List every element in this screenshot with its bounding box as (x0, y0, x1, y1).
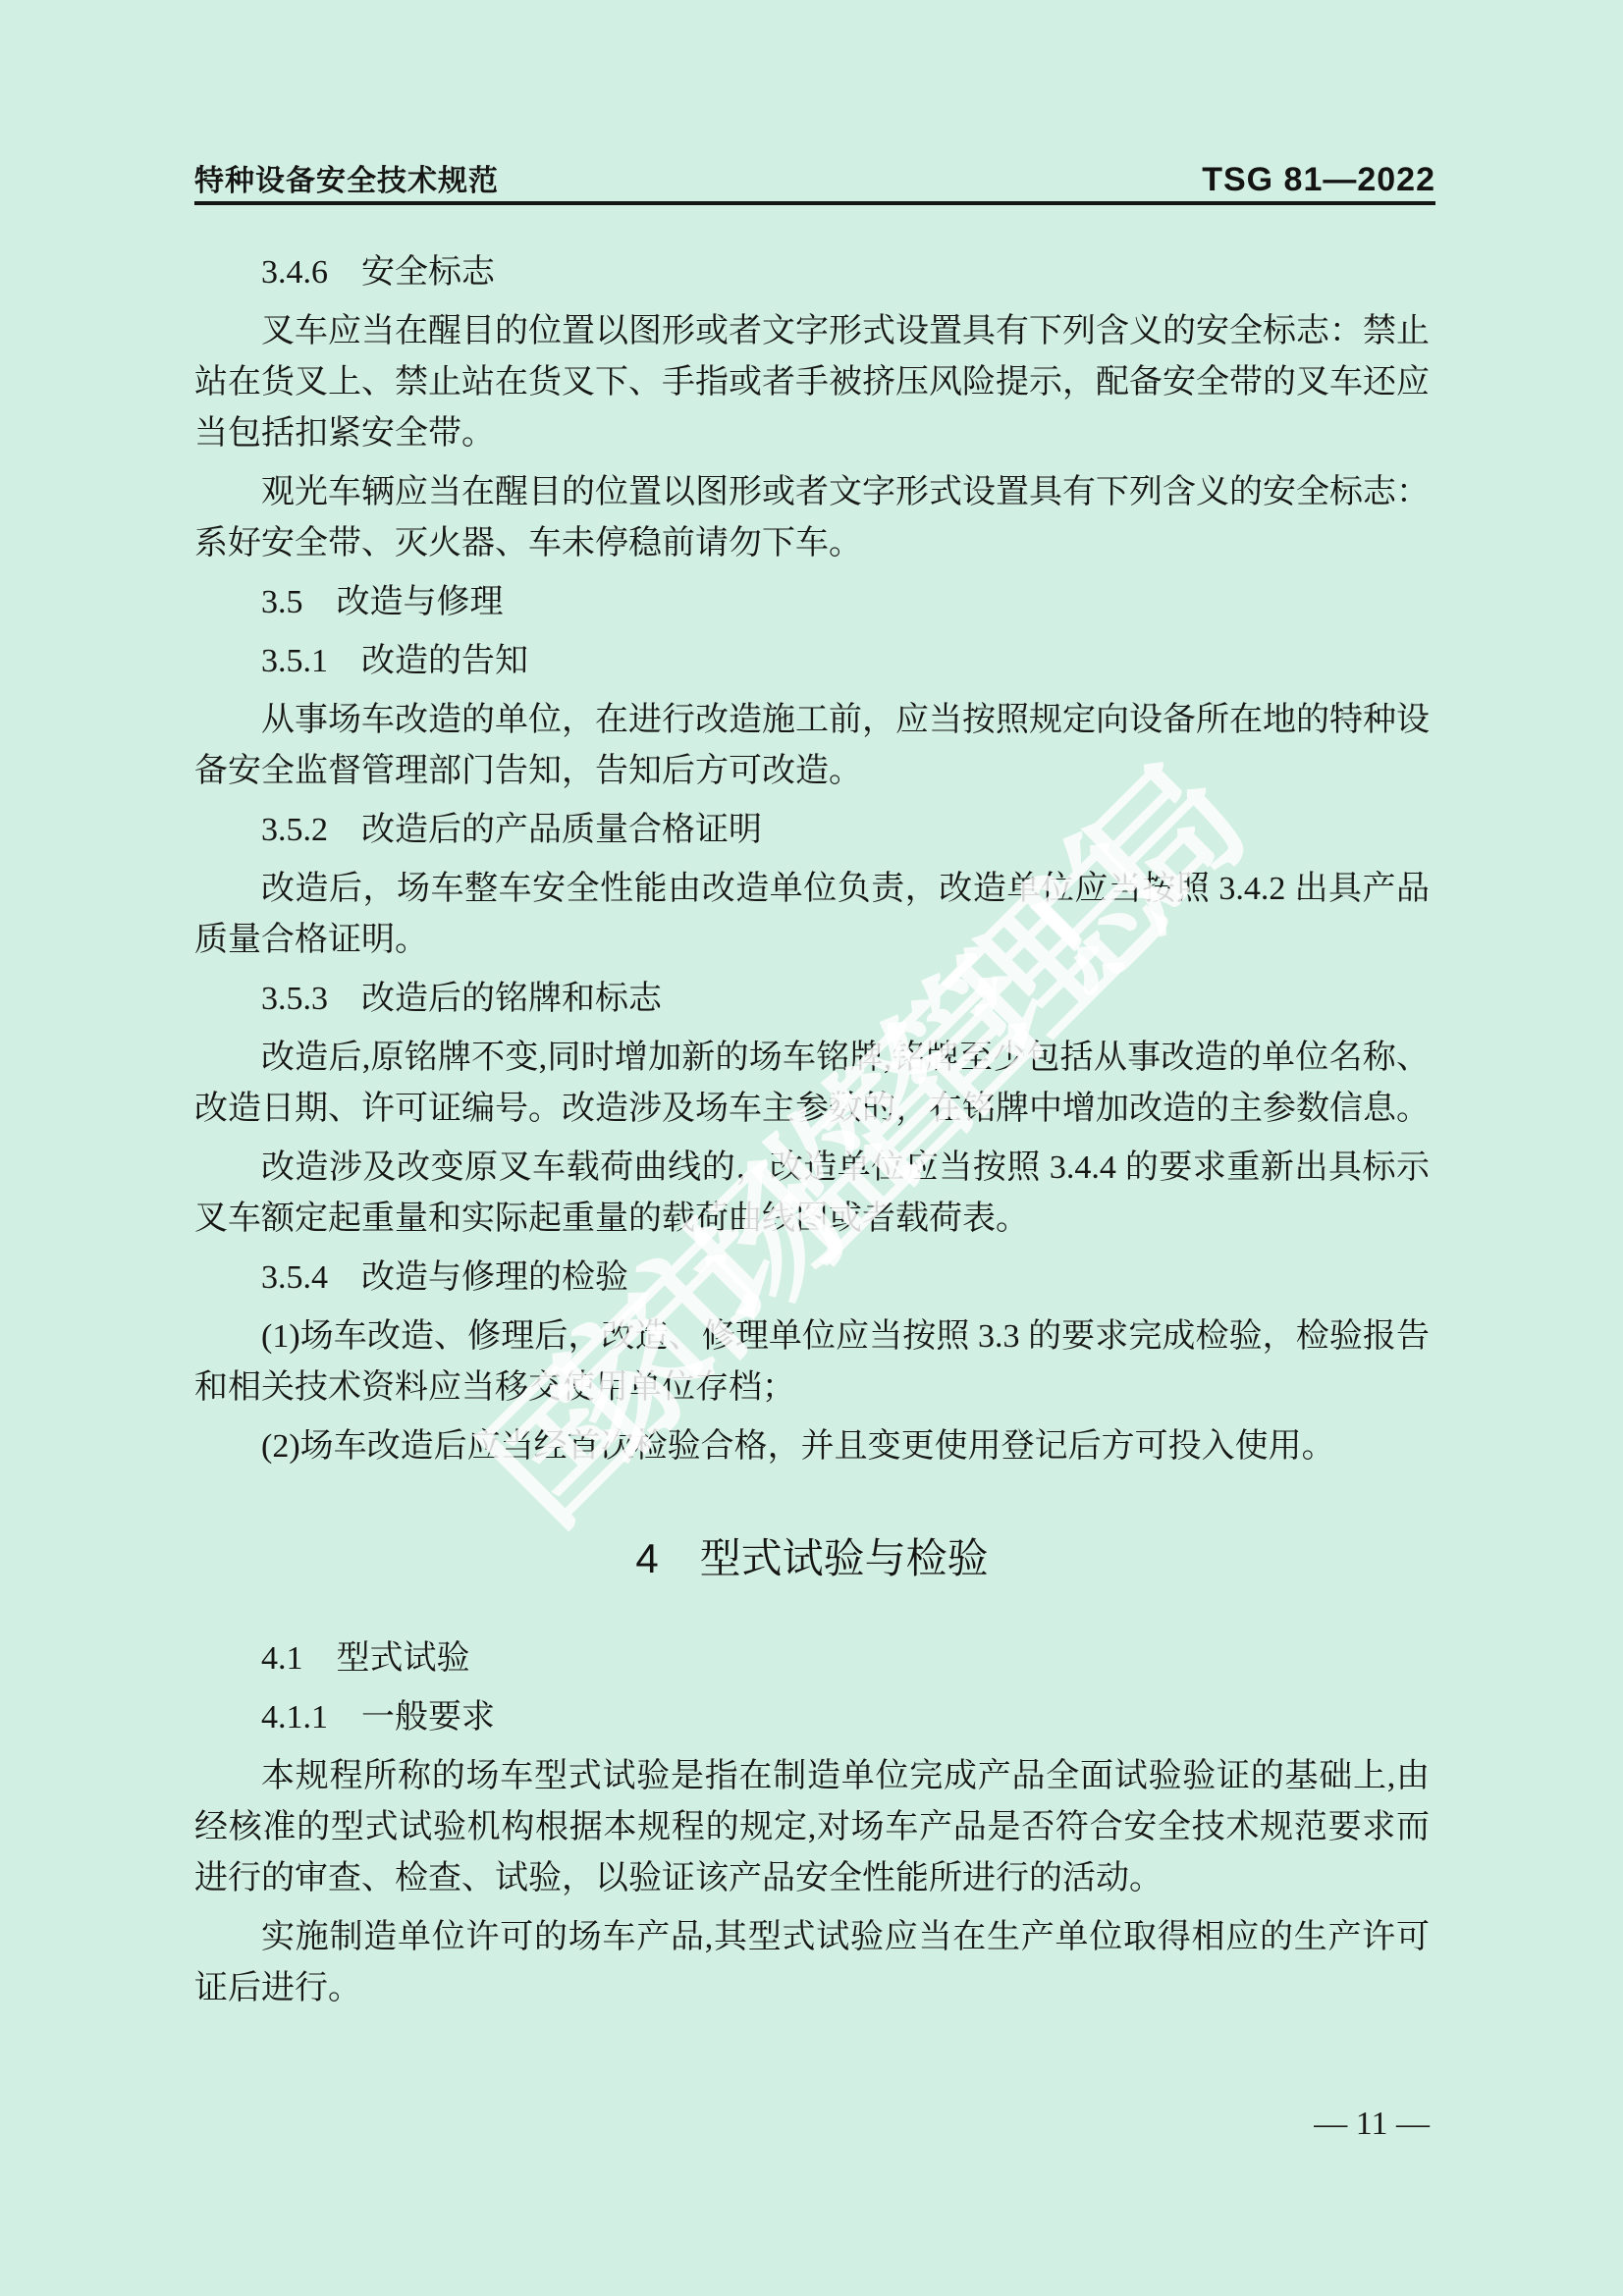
clause-heading: 3.4.6 安全标志 (194, 247, 1430, 298)
paragraph: 改造后，场车整车安全性能由改造单位负责，改造单位应当按照 3.4.2 出具产品质… (194, 864, 1430, 966)
paragraph: 改造涉及改变原叉车载荷曲线的，改造单位应当按照 3.4.4 的要求重新出具标示叉… (194, 1143, 1430, 1245)
document-body: 3.4.6 安全标志叉车应当在醒目的位置以图形或者文字形式设置具有下列含义的安全… (194, 240, 1430, 2014)
header-doc-number: TSG 81—2022 (1202, 163, 1435, 196)
paragraph: (2)场车改造后应当经首次检验合格，并且变更使用登记后方可投入使用。 (194, 1421, 1430, 1472)
page-footer: — 11 — (194, 2099, 1430, 2150)
paragraph: 从事场车改造的单位，在进行改造施工前，应当按照规定向设备所在地的特种设备安全监督… (194, 695, 1430, 797)
header-doc-type: 特种设备安全技术规范 (194, 167, 499, 196)
header-rule (194, 201, 1435, 205)
clause-heading: 3.5 改造与修理 (194, 577, 1430, 628)
document-page: 特种设备安全技术规范 TSG 81—2022 3.4.6 安全标志叉车应当在醒目… (0, 0, 1623, 2296)
paragraph: 改造后,原铭牌不变,同时增加新的场车铭牌,铭牌至少包括从事改造的单位名称、改造日… (194, 1033, 1430, 1135)
page-number: — 11 — (1314, 2106, 1430, 2142)
paragraph: 观光车辆应当在醒目的位置以图形或者文字形式设置具有下列含义的安全标志：系好安全带… (194, 467, 1430, 569)
paragraph: (1)场车改造、修理后，改造、修理单位应当按照 3.3 的要求完成检验，检验报告… (194, 1311, 1430, 1414)
paragraph: 实施制造单位许可的场车产品,其型式试验应当在生产单位取得相应的生产许可证后进行。 (194, 1912, 1430, 2014)
paragraph: 叉车应当在醒目的位置以图形或者文字形式设置具有下列含义的安全标志：禁止站在货叉上… (194, 306, 1430, 459)
paragraph: 本规程所称的场车型式试验是指在制造单位完成产品全面试验验证的基础上,由经核准的型… (194, 1751, 1430, 1904)
clause-heading: 4.1.1 一般要求 (194, 1692, 1430, 1743)
clause-heading: 3.5.3 改造后的铭牌和标志 (194, 974, 1430, 1025)
clause-heading: 4.1 型式试验 (194, 1633, 1430, 1684)
clause-heading: 3.5.2 改造后的产品质量合格证明 (194, 805, 1430, 856)
clause-heading: 3.5.4 改造与修理的检验 (194, 1253, 1430, 1304)
clause-heading: 3.5.1 改造的告知 (194, 636, 1430, 687)
page-header: 特种设备安全技术规范 TSG 81—2022 (194, 157, 1435, 196)
chapter-heading: 4 型式试验与检验 (194, 1529, 1430, 1588)
